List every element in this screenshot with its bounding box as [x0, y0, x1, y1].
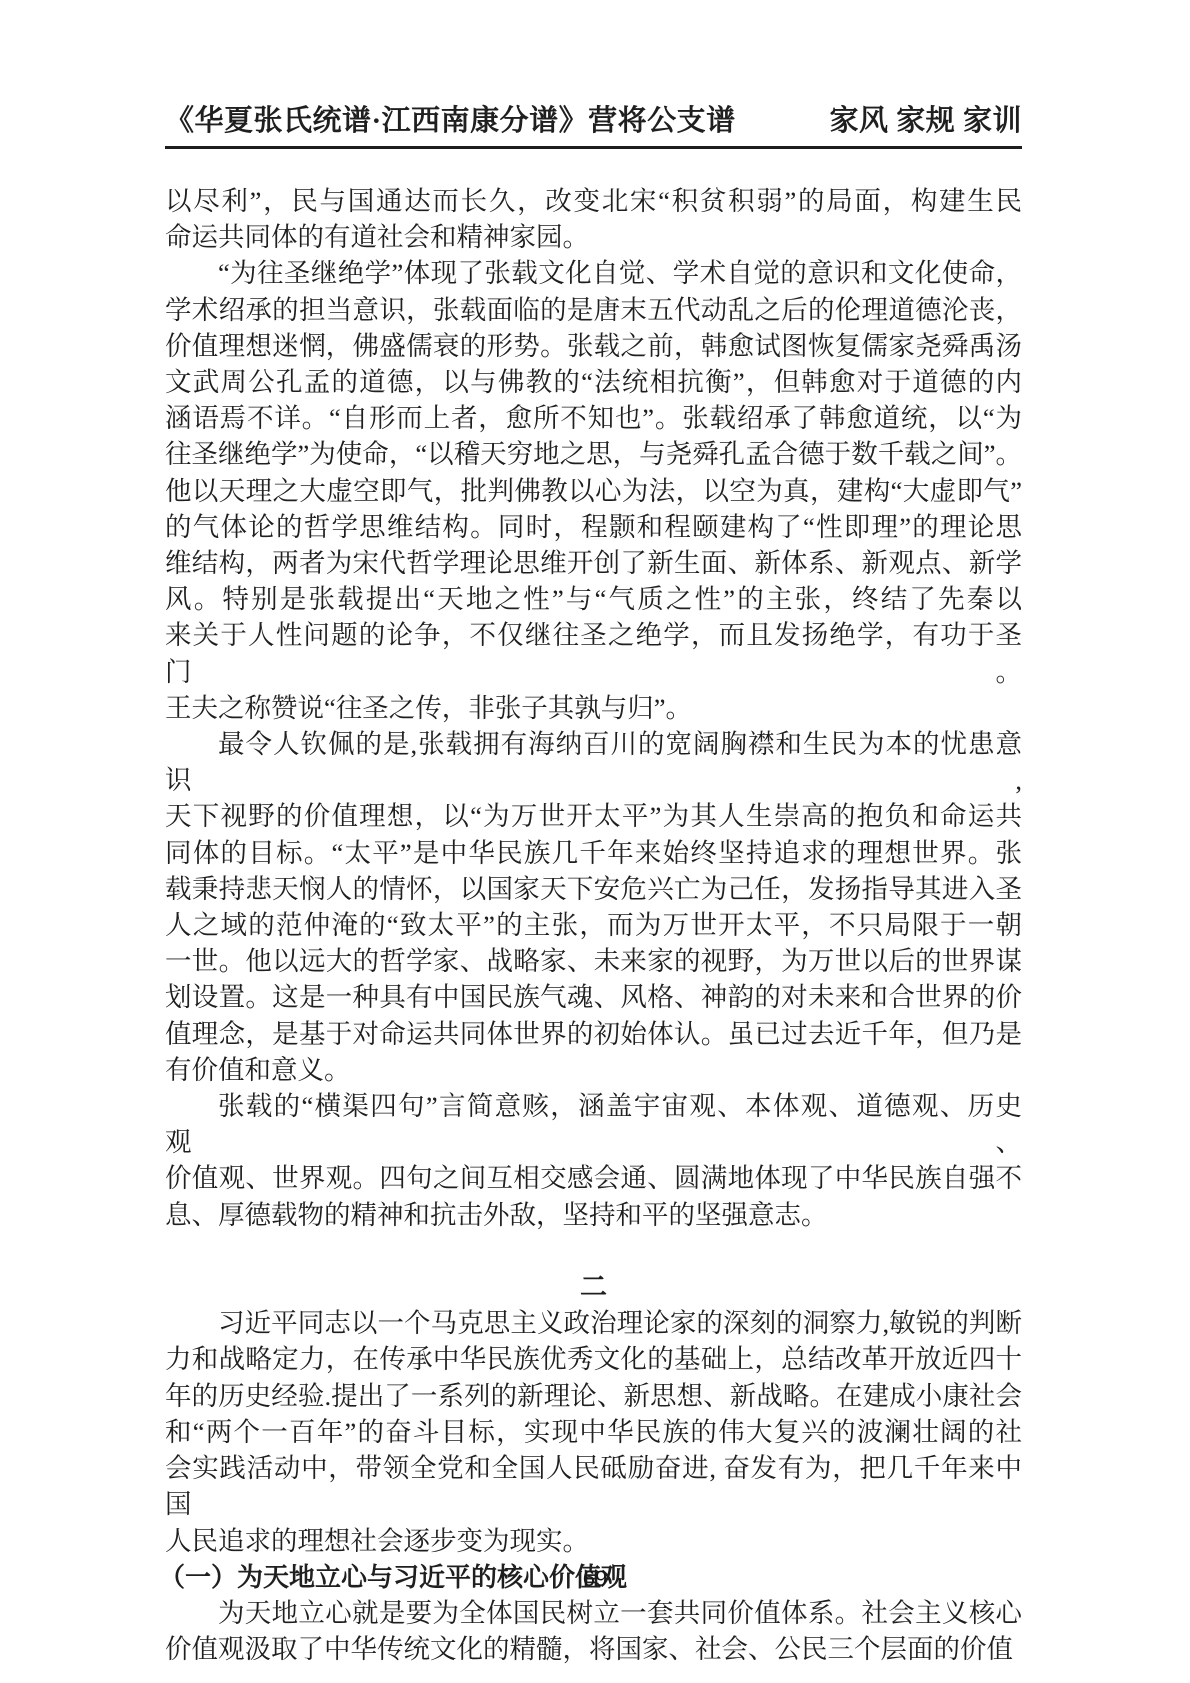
text-line: 王夫之称赞说“往圣之传，非张子其孰与归”。 [165, 690, 1022, 726]
page-header: 《华夏张氏统谱·江西南康分谱》营将公支谱 家风 家规 家训 [165, 104, 1022, 149]
text-line: 人之域的范仲淹的“致太平”的主张，而为万世开太平，不只局限于一朝 [165, 907, 1022, 943]
text-line: 值理念，是基于对命运共同体世界的初始体认。虽已过去近千年，但乃是 [165, 1016, 1022, 1052]
text-line: 会实践活动中，带领全党和全国人民砥励奋进, 奋发有为，把几千年来中国 [165, 1450, 1022, 1522]
paragraph: 习近平同志以一个马克思主义政治理论家的深刻的洞察力,敏锐的判断力和战略定力，在传… [165, 1305, 1022, 1558]
text-line: 载秉持悲天悯人的情怀，以国家天下安危兴亡为己任，发扬指导其进入圣 [165, 871, 1022, 907]
text-line: 天下视野的价值理想，以“为万世开太平”为其人生崇高的抱负和命运共 [165, 798, 1022, 834]
text-line: 来关于人性问题的论争，不仅继往圣之绝学，而且发扬绝学，有功于圣门。 [165, 617, 1022, 689]
paragraph: 张载的“横渠四句”言简意赅，涵盖宇宙观、本体观、道德观、历史观、价值观、世界观。… [165, 1088, 1022, 1233]
text-line: 价值观、世界观。四句之间互相交感会通、圆满地体现了中华民族自强不 [165, 1160, 1022, 1196]
text-line: 力和战略定力，在传承中华民族优秀文化的基础上，总结改革开放近四十 [165, 1341, 1022, 1377]
text-line: 息、厚德载物的精神和抗击外敌，坚持和平的坚强意志。 [165, 1197, 1022, 1233]
document-body: 以尽利”，民与国通达而长久，改变北宋“积贫积弱”的局面，构建生民命运共同体的有道… [165, 183, 1022, 1667]
text-line: 以尽利”，民与国通达而长久，改变北宋“积贫积弱”的局面，构建生民 [165, 183, 1022, 219]
text-line: “为往圣继绝学”体现了张载文化自觉、学术自觉的意识和文化使命， [165, 255, 1022, 291]
text-line: 价值理想迷惘，佛盛儒衰的形势。张载之前，韩愈试图恢复儒家尧舜禹汤 [165, 328, 1022, 364]
text-line: 最令人钦佩的是,张载拥有海纳百川的宽阔胸襟和生民为本的忧患意识, [165, 726, 1022, 798]
paragraph: “为往圣继绝学”体现了张载文化自觉、学术自觉的意识和文化使命，学术绍承的担当意识… [165, 255, 1022, 726]
text-line: 价值观汲取了中华传统文化的精髓，将国家、社会、公民三个层面的价值 [165, 1631, 1022, 1667]
text-line: 涵语焉不详。“自形而上者，愈所不知也”。张载绍承了韩愈道统，以“为 [165, 400, 1022, 436]
page-number: 69 [583, 1566, 607, 1591]
page: 《华夏张氏统谱·江西南康分谱》营将公支谱 家风 家规 家训 以尽利”，民与国通达… [0, 0, 1190, 1683]
text-line: 人民追求的理想社会逐步变为现实。 [165, 1523, 1022, 1559]
section-heading: 二 [165, 1269, 1022, 1305]
header-title: 《华夏张氏统谱·江西南康分谱》营将公支谱 [165, 104, 736, 139]
text-line: 风。特别是张载提出“天地之性”与“气质之性”的主张，终结了先秦以 [165, 581, 1022, 617]
header-motto: 家风 家规 家训 [829, 104, 1022, 139]
page-footer: 69 [0, 1566, 1190, 1592]
paragraph: 以尽利”，民与国通达而长久，改变北宋“积贫积弱”的局面，构建生民命运共同体的有道… [165, 183, 1022, 255]
text-line: 习近平同志以一个马克思主义政治理论家的深刻的洞察力,敏锐的判断 [165, 1305, 1022, 1341]
paragraph: 最令人钦佩的是,张载拥有海纳百川的宽阔胸襟和生民为本的忧患意识,天下视野的价值理… [165, 726, 1022, 1088]
header-rule-divider [165, 146, 1022, 149]
text-line: 往圣继绝学”为使命，“以稽天穷地之思，与尧舜孔孟合德于数千载之间”。 [165, 436, 1022, 472]
text-line: 一世。他以远大的哲学家、战略家、未来家的视野，为万世以后的世界谋 [165, 943, 1022, 979]
text-line: 和“两个一百年”的奋斗目标，实现中华民族的伟大复兴的波澜壮阔的社 [165, 1414, 1022, 1450]
text-line: 学术绍承的担当意识，张载面临的是唐末五代动乱之后的伦理道德沦丧， [165, 292, 1022, 328]
text-line: 维结构，两者为宋代哲学理论思维开创了新生面、新体系、新观点、新学 [165, 545, 1022, 581]
text-line: 张载的“横渠四句”言简意赅，涵盖宇宙观、本体观、道德观、历史观、 [165, 1088, 1022, 1160]
text-line: 有价值和意义。 [165, 1052, 1022, 1088]
text-line: 划设置。这是一种具有中国民族气魂、风格、神韵的对未来和合世界的价 [165, 979, 1022, 1015]
section-gap [165, 1233, 1022, 1269]
text-line: 命运共同体的有道社会和精神家园。 [165, 219, 1022, 255]
paragraph: 为天地立心就是要为全体国民树立一套共同价值体系。社会主义核心价值观汲取了中华传统… [165, 1595, 1022, 1667]
text-line: 同体的目标。“太平”是中华民族几千年来始终坚持追求的理想世界。张 [165, 835, 1022, 871]
text-line: 的气体论的哲学思维结构。同时，程颢和程颐建构了“性即理”的理论思 [165, 509, 1022, 545]
text-line: 年的历史经验.提出了一系列的新理论、新思想、新战略。在建成小康社会 [165, 1378, 1022, 1414]
text-line: 他以天理之大虚空即气，批判佛教以心为法，以空为真，建构“大虚即气” [165, 473, 1022, 509]
text-line: 为天地立心就是要为全体国民树立一套共同价值体系。社会主义核心 [165, 1595, 1022, 1631]
text-line: 文武周公孔孟的道德，以与佛教的“法统相抗衡”，但韩愈对于道德的内 [165, 364, 1022, 400]
